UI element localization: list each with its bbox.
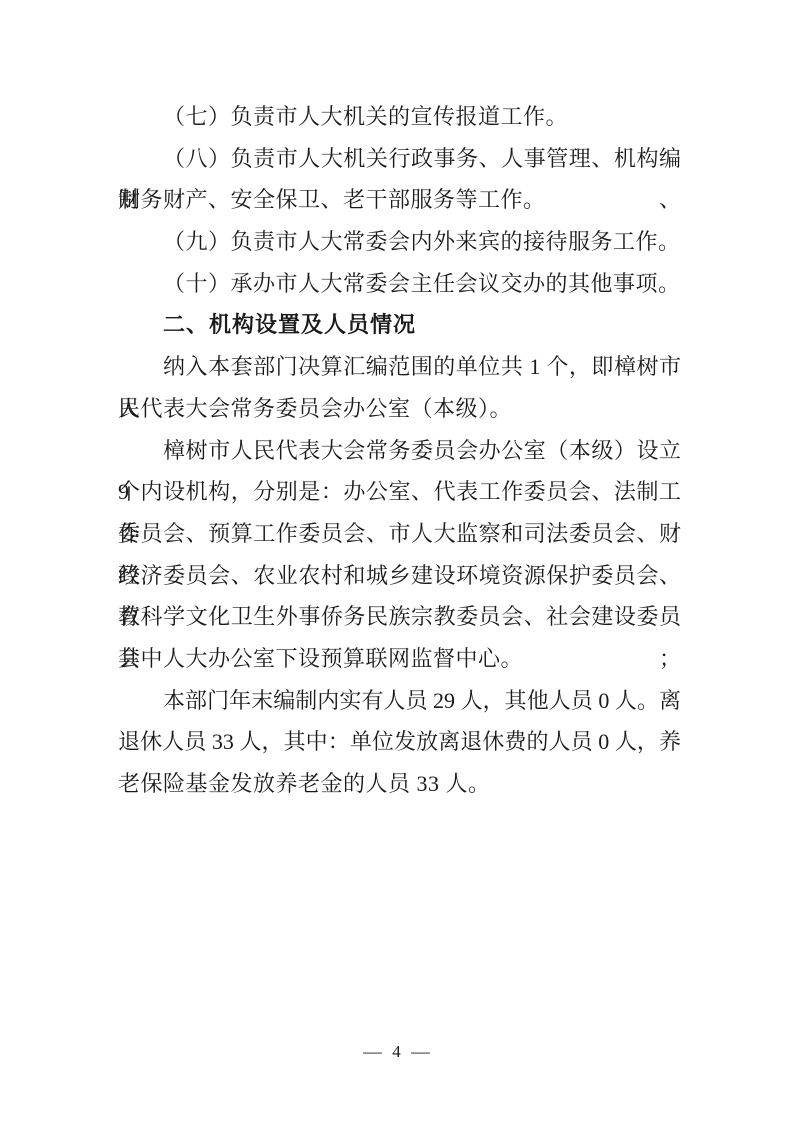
- document-page: { "document": { "sections": [ { "type": …: [0, 0, 793, 1122]
- text-line: （十）承办市人大常委会主任会议交办的其他事项。: [118, 263, 681, 305]
- text-line: （九）负责市人大常委会内外来宾的接待服务工作。: [118, 221, 681, 263]
- section-paragraph: （十）承办市人大常委会主任会议交办的其他事项。: [118, 263, 681, 305]
- page-footer: —4—: [0, 1040, 793, 1064]
- section-heading: 二、机构设置及人员情况: [118, 304, 681, 346]
- content-area: （七）负责市人大机关的宣传报道工作。 （八）负责市人大机关行政事务、人事管理、机…: [118, 96, 681, 805]
- text-line: 老保险基金发放养老金的人员 33 人。: [118, 763, 681, 805]
- text-line: 退休人员 33 人，其中：单位发放离退休费的人员 0 人，养: [118, 721, 681, 763]
- text-line: （七）负责市人大机关的宣传报道工作。: [118, 96, 681, 138]
- text-line: 纳入本套部门决算汇编范围的单位共 1 个，即樟树市人: [118, 346, 681, 388]
- section-paragraph: 樟树市人民代表大会常务委员会办公室（本级）设立 9 个内设机构，分别是：办公室、…: [118, 430, 681, 680]
- page-number: 4: [392, 1040, 401, 1064]
- text-line: 育科学文化卫生外事侨务民族宗教委员会、社会建设委员会；: [118, 596, 681, 638]
- text-line: （八）负责市人大机关行政事务、人事管理、机构编制、: [118, 138, 681, 180]
- section-paragraph: （七）负责市人大机关的宣传报道工作。: [118, 96, 681, 138]
- section-paragraph: （九）负责市人大常委会内外来宾的接待服务工作。: [118, 221, 681, 263]
- text-line: 经济委员会、农业农村和城乡建设环境资源保护委员会、教: [118, 555, 681, 597]
- text-line: 樟树市人民代表大会常务委员会办公室（本级）设立 9: [118, 430, 681, 472]
- section-paragraph: （八）负责市人大机关行政事务、人事管理、机构编制、 财务财产、安全保卫、老干部服…: [118, 138, 681, 221]
- text-line: 个内设机构，分别是：办公室、代表工作委员会、法制工作: [118, 471, 681, 513]
- section-heading-text: 二、机构设置及人员情况: [118, 304, 681, 346]
- section-paragraph: 纳入本套部门决算汇编范围的单位共 1 个，即樟树市人 民代表大会常务委员会办公室…: [118, 346, 681, 429]
- text-line: 委员会、预算工作委员会、市人大监察和司法委员会、财政: [118, 513, 681, 555]
- text-line: 民代表大会常务委员会办公室（本级）。: [118, 388, 681, 430]
- section-paragraph: 本部门年末编制内实有人员 29 人，其他人员 0 人。离 退休人员 33 人，其…: [118, 680, 681, 805]
- footer-dash-left: —: [363, 1040, 382, 1064]
- footer-dash-right: —: [411, 1040, 430, 1064]
- text-line: 本部门年末编制内实有人员 29 人，其他人员 0 人。离: [118, 680, 681, 722]
